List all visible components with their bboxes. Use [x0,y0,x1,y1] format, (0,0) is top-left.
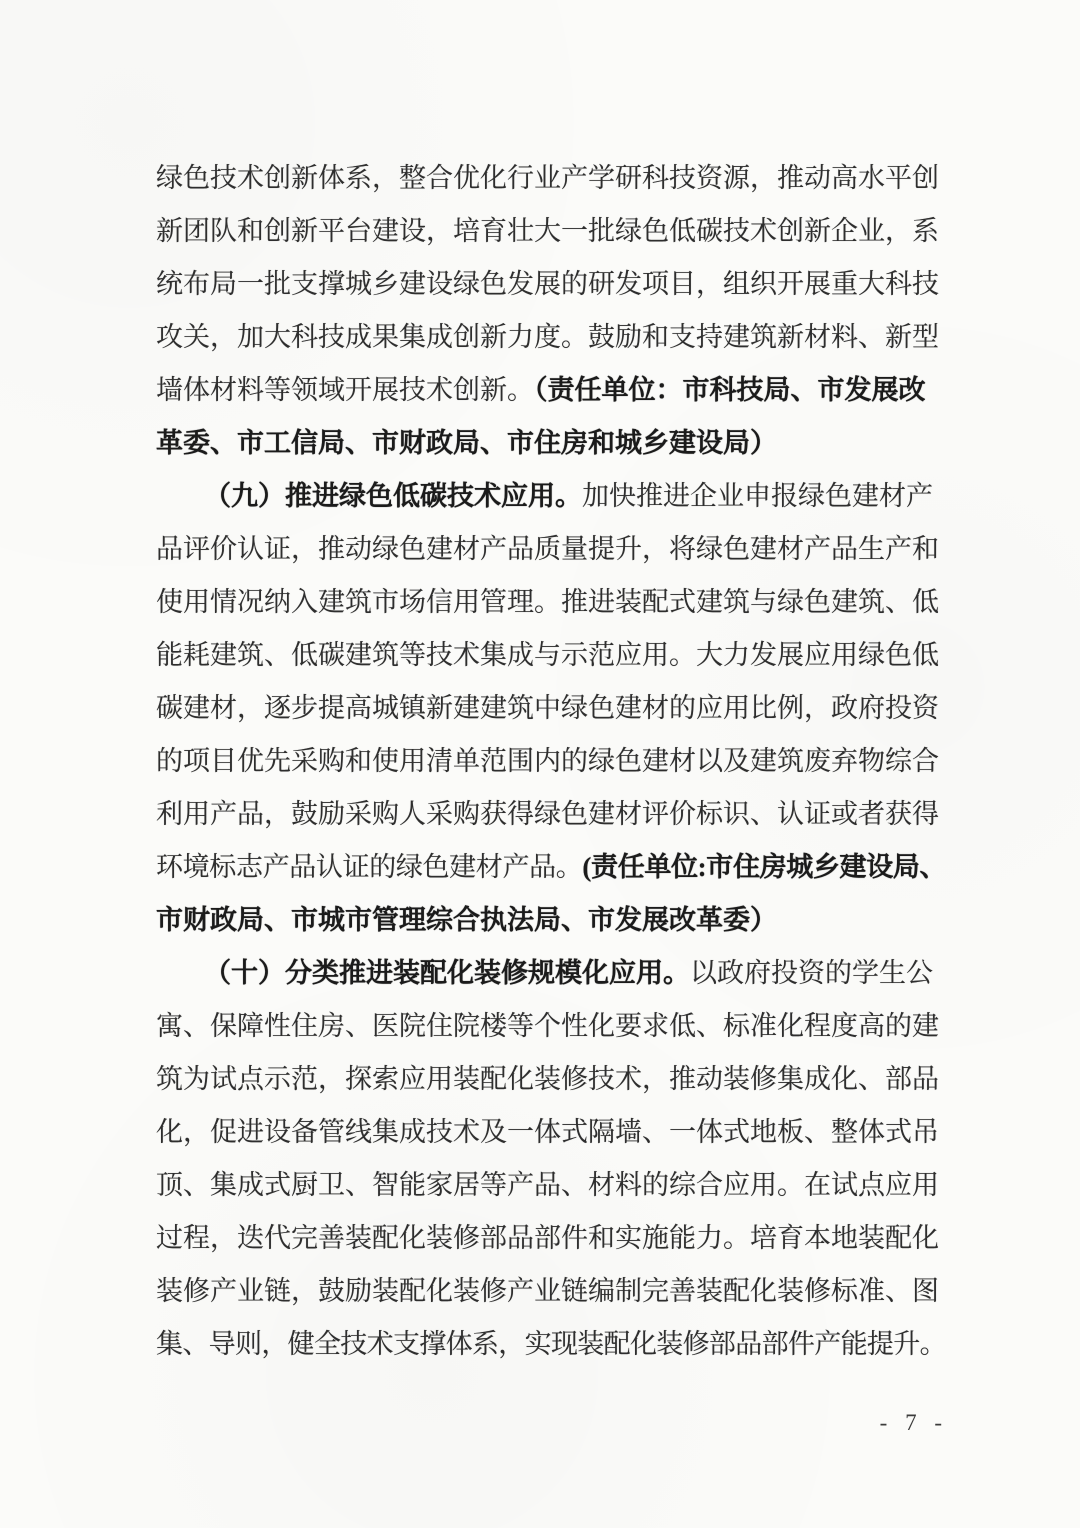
text-line: 环境标志产品认证的绿色建材产品。(责任单位:市住房城乡建设局、 [156,841,946,894]
text-line: 绿色技术创新体系，整合优化行业产学研科技资源，推动高水平创 [156,152,946,205]
body-text: 碳建材，逐步提高城镇新建建筑中绿色建材的应用比例，政府投资 [156,693,939,723]
text-line: 能耗建筑、低碳建筑等技术集成与示范应用。大力发展应用绿色低 [156,629,946,682]
body-text: 墙体材料等领域开展技术创新。 [156,375,534,405]
text-line: 革委、市工信局、市财政局、市住房和城乡建设局） [156,417,946,470]
text-line: 化，促进设备管线集成技术及一体式隔墙、一体式地板、整体式吊 [156,1106,946,1159]
emphasis-text: 市财政局、市城市管理综合执法局、市发展改革委） [156,905,777,935]
text-line: 集、导则，健全技术支撑体系，实现装配化装修部品部件产能提升。 [156,1318,946,1371]
text-line: 新团队和创新平台建设，培育壮大一批绿色低碳技术创新企业，系 [156,205,946,258]
body-text: 加快推进企业申报绿色建材产 [582,481,933,511]
emphasis-text: 革委、市工信局、市财政局、市住房和城乡建设局） [156,428,777,458]
page-number: - 7 - [880,1408,948,1438]
body-text: 环境标志产品认证的绿色建材产品。 [156,852,582,882]
text-line: 寓、保障性住房、医院住院楼等个性化要求低、标准化程度高的建 [156,1000,946,1053]
text-line: （九）推进绿色低碳技术应用。加快推进企业申报绿色建材产 [156,470,946,523]
text-line: 的项目优先采购和使用清单范围内的绿色建材以及建筑废弃物综合 [156,735,946,788]
text-line: 顶、集成式厨卫、智能家居等产品、材料的综合应用。在试点应用 [156,1159,946,1212]
body-text: 攻关，加大科技成果集成创新力度。鼓励和支持建筑新材料、新型 [156,322,939,352]
text-line: 品评价认证，推动绿色建材产品质量提升，将绿色建材产品生产和 [156,523,946,576]
body-text: 集、导则，健全技术支撑体系，实现装配化装修部品部件产能提升。 [156,1329,946,1359]
body-text: 化，促进设备管线集成技术及一体式隔墙、一体式地板、整体式吊 [156,1117,939,1147]
body-text: 品评价认证，推动绿色建材产品质量提升，将绿色建材产品生产和 [156,534,939,564]
body-text: 以政府投资的学生公 [690,958,933,988]
body-text: 筑为试点示范，探索应用装配化装修技术，推动装修集成化、部品 [156,1064,939,1094]
document-body: 绿色技术创新体系，整合优化行业产学研科技资源，推动高水平创新团队和创新平台建设，… [156,152,946,1371]
text-line: 筑为试点示范，探索应用装配化装修技术，推动装修集成化、部品 [156,1053,946,1106]
text-line: 统布局一批支撑城乡建设绿色发展的研发项目，组织开展重大科技 [156,258,946,311]
body-text: 利用产品，鼓励采购人采购获得绿色建材评价标识、认证或者获得 [156,799,939,829]
text-line: 利用产品，鼓励采购人采购获得绿色建材评价标识、认证或者获得 [156,788,946,841]
text-line: 墙体材料等领域开展技术创新。（责任单位：市科技局、市发展改 [156,364,946,417]
body-text: 的项目优先采购和使用清单范围内的绿色建材以及建筑废弃物综合 [156,746,939,776]
text-line: 使用情况纳入建筑市场信用管理。推进装配式建筑与绿色建筑、低 [156,576,946,629]
body-text: 装修产业链，鼓励装配化装修产业链编制完善装配化装修标准、图 [156,1276,939,1306]
emphasis-text: （责任单位：市科技局、市发展改 [534,375,926,405]
body-text: 使用情况纳入建筑市场信用管理。推进装配式建筑与绿色建筑、低 [156,587,939,617]
body-text: 能耗建筑、低碳建筑等技术集成与示范应用。大力发展应用绿色低 [156,640,939,670]
emphasis-text: （十）分类推进装配化装修规模化应用。 [204,958,690,988]
body-text: 新团队和创新平台建设，培育壮大一批绿色低碳技术创新企业，系 [156,216,939,246]
emphasis-text: （九）推进绿色低碳技术应用。 [204,481,582,511]
emphasis-text: (责任单位:市住房城乡建设局、 [582,852,946,882]
text-line: 攻关，加大科技成果集成创新力度。鼓励和支持建筑新材料、新型 [156,311,946,364]
text-line: 装修产业链，鼓励装配化装修产业链编制完善装配化装修标准、图 [156,1265,946,1318]
body-text: 过程，迭代完善装配化装修部品部件和实施能力。培育本地装配化 [156,1223,939,1253]
text-line: 碳建材，逐步提高城镇新建建筑中绿色建材的应用比例，政府投资 [156,682,946,735]
text-line: 过程，迭代完善装配化装修部品部件和实施能力。培育本地装配化 [156,1212,946,1265]
body-text: 寓、保障性住房、医院住院楼等个性化要求低、标准化程度高的建 [156,1011,939,1041]
text-line: 市财政局、市城市管理综合执法局、市发展改革委） [156,894,946,947]
document-page: 绿色技术创新体系，整合优化行业产学研科技资源，推动高水平创新团队和创新平台建设，… [0,0,1080,1528]
text-line: （十）分类推进装配化装修规模化应用。以政府投资的学生公 [156,947,946,1000]
body-text: 统布局一批支撑城乡建设绿色发展的研发项目，组织开展重大科技 [156,269,939,299]
body-text: 绿色技术创新体系，整合优化行业产学研科技资源，推动高水平创 [156,163,939,193]
body-text: 顶、集成式厨卫、智能家居等产品、材料的综合应用。在试点应用 [156,1170,939,1200]
